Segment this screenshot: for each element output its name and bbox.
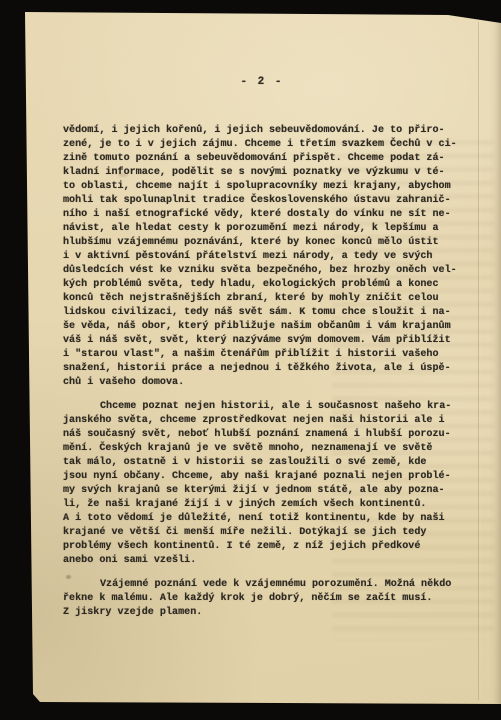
paragraph-2: Chceme poznat nejen historii, ale i souč… — [63, 400, 483, 568]
paragraph-3: Vzájemné poznání vede k vzájemnému poroz… — [63, 578, 483, 620]
document-page: - 2 - vědomí, i jejich kořenů, i jejich … — [0, 0, 501, 720]
page-number: - 2 - — [63, 76, 461, 88]
paragraph-continuation: vědomí, i jejich kořenů, i jejich sebeuv… — [63, 124, 483, 390]
typewritten-body: vědomí, i jejich kořenů, i jejich sebeuv… — [63, 124, 483, 630]
scanned-document-photo: - 2 - vědomí, i jejich kořenů, i jejich … — [0, 0, 501, 720]
